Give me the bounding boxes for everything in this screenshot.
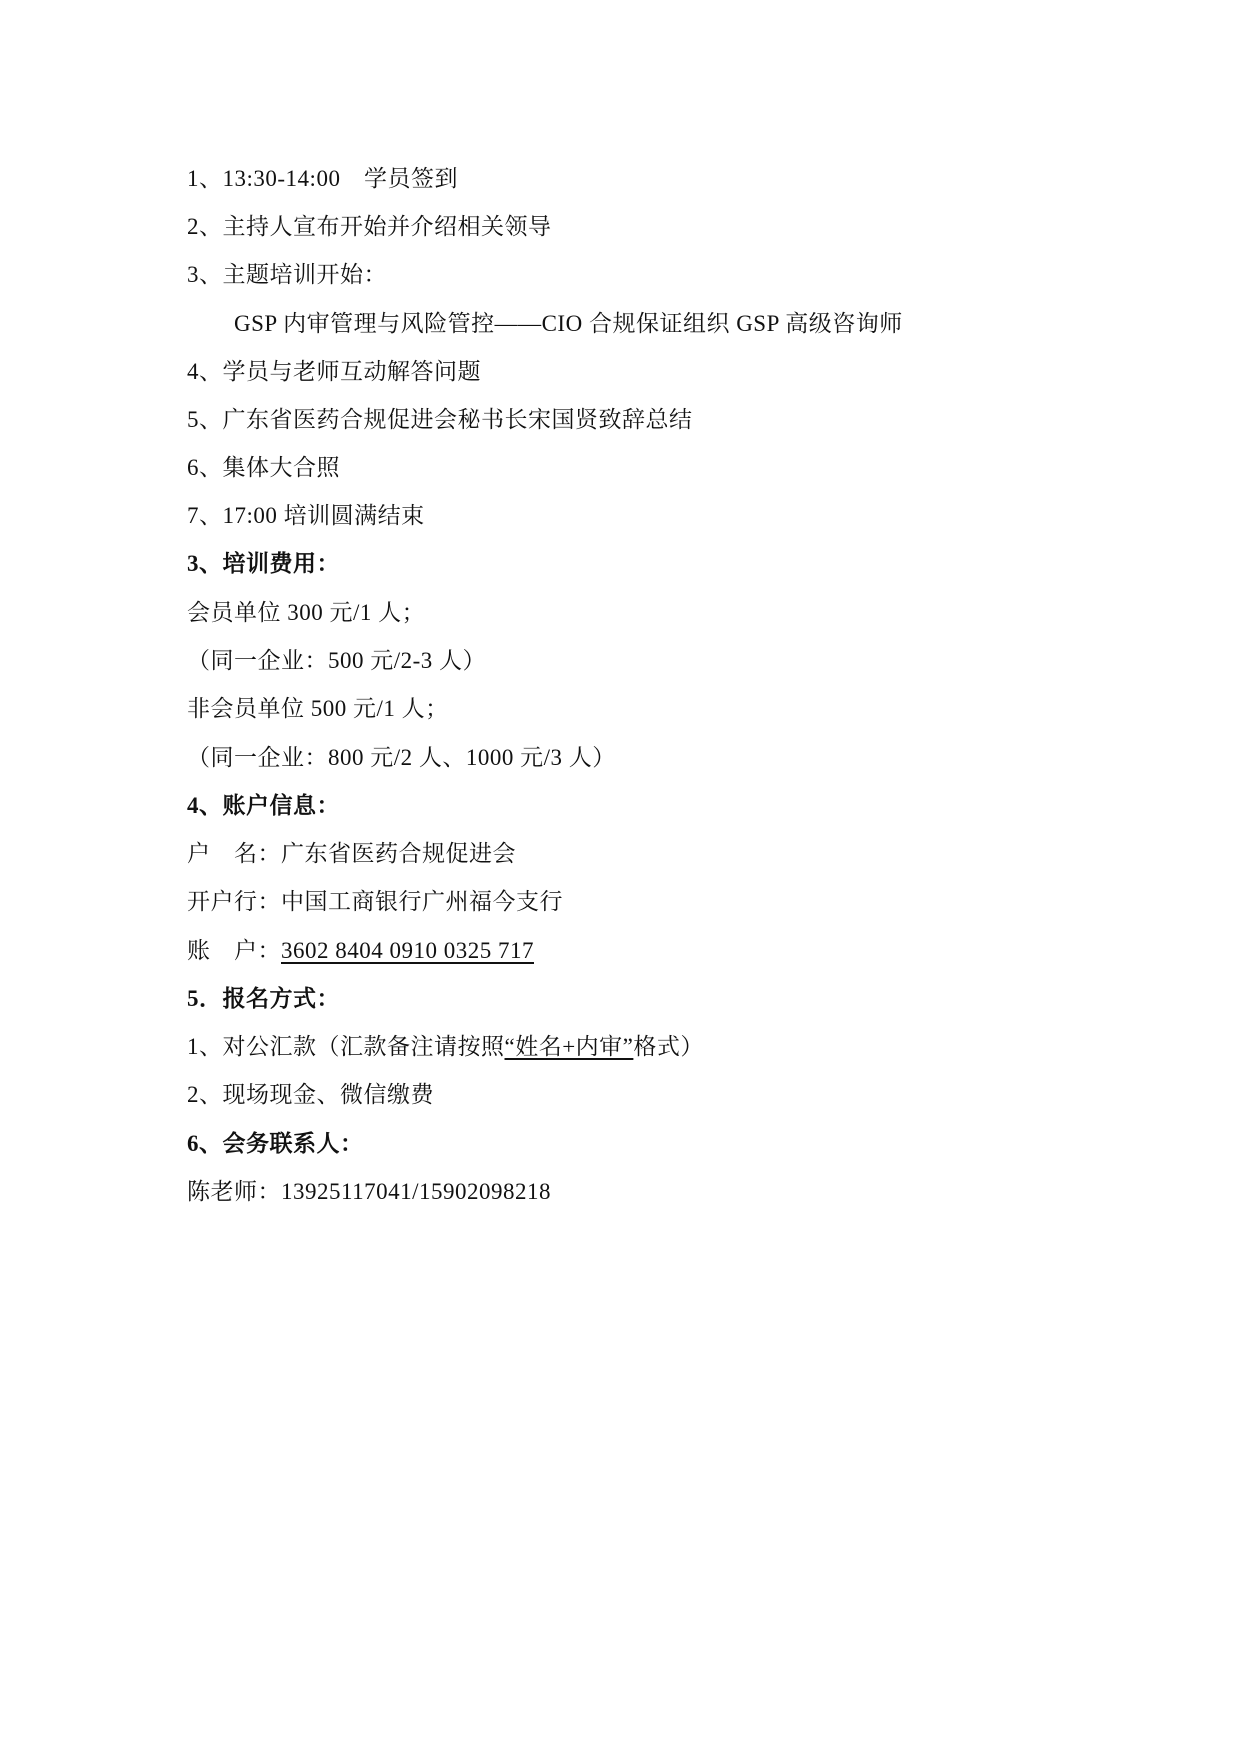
contact-person: 陈老师：13925117041/15902098218 [187,1177,551,1207]
account-number-value: 3602 8404 0910 0325 717 [281,938,534,963]
agenda-item-number: 2、 [187,214,223,239]
registration-remark-format: “姓名+内审” [505,1034,634,1059]
account-number: 账 户：3602 8404 0910 0325 717 [187,936,534,966]
agenda-item-text: 17:00 培训圆满结束 [223,503,425,528]
agenda-item-text: 广东省医药合规促进会秘书长宋国贤致辞总结 [223,407,693,432]
agenda-item-number: 6、 [187,455,223,480]
agenda-item-6: 6、集体大合照 [187,453,340,483]
agenda-item-4: 4、学员与老师互动解答问题 [187,357,481,387]
account-name-value: 广东省医药合规促进会 [281,841,516,866]
account-number-label: 账 户： [187,938,281,963]
account-bank: 开户行：中国工商银行广州福今支行 [187,887,563,917]
agenda-topic: GSP 内审管理与风险管控——CIO 合规保证组织 GSP 高级咨询师 [234,309,903,339]
agenda-item-text: 学员签到 [340,166,458,191]
agenda-item-number: 7、 [187,503,223,528]
agenda-item-3: 3、主题培训开始： [187,260,387,290]
agenda-item-2: 2、主持人宣布开始并介绍相关领导 [187,212,552,242]
registration-item-1-suffix: 格式） [633,1034,704,1059]
document-page: 1、13:30-14:00 学员签到 2、主持人宣布开始并介绍相关领导 3、主题… [0,0,1240,1754]
agenda-item-number: 3、 [187,262,223,287]
agenda-item-text: 集体大合照 [223,455,341,480]
agenda-item-number: 5、 [187,407,223,432]
fee-nonmember: 非会员单位 500 元/1 人； [187,694,449,724]
contact-phones: 13925117041/15902098218 [281,1179,551,1204]
registration-heading: 5．报名方式： [187,984,340,1014]
account-bank-value: 中国工商银行广州福今支行 [281,889,563,914]
account-name: 户 名：广东省医药合规促进会 [187,839,516,869]
contact-heading: 6、会务联系人： [187,1129,364,1159]
agenda-item-7: 7、17:00 培训圆满结束 [187,501,425,531]
registration-item-2: 2、现场现金、微信缴费 [187,1080,434,1110]
agenda-item-text: 主题培训开始： [223,262,388,287]
fee-nonmember-group: （同一企业：800 元/2 人、1000 元/3 人） [187,743,616,773]
agenda-item-number: 4、 [187,359,223,384]
agenda-item-text: 学员与老师互动解答问题 [223,359,482,384]
agenda-item-time: 13:30-14:00 [223,166,341,191]
registration-item-1: 1、对公汇款（汇款备注请按照“姓名+内审”格式） [187,1032,704,1062]
account-heading: 4、账户信息： [187,791,340,821]
contact-label: 陈老师： [187,1179,281,1204]
registration-item-1-prefix: 1、对公汇款（汇款备注请按照 [187,1034,505,1059]
agenda-topic-text: GSP 内审管理与风险管控——CIO 合规保证组织 GSP 高级咨询师 [234,311,903,336]
agenda-item-number: 1、 [187,166,223,191]
agenda-item-5: 5、广东省医药合规促进会秘书长宋国贤致辞总结 [187,405,693,435]
fees-heading: 3、培训费用： [187,549,340,579]
agenda-item-1: 1、13:30-14:00 学员签到 [187,164,458,194]
fee-member-group: （同一企业：500 元/2-3 人） [187,646,486,676]
account-name-label: 户 名： [187,841,281,866]
fee-member: 会员单位 300 元/1 人； [187,598,425,628]
account-bank-label: 开户行： [187,889,281,914]
agenda-item-text: 主持人宣布开始并介绍相关领导 [223,214,552,239]
